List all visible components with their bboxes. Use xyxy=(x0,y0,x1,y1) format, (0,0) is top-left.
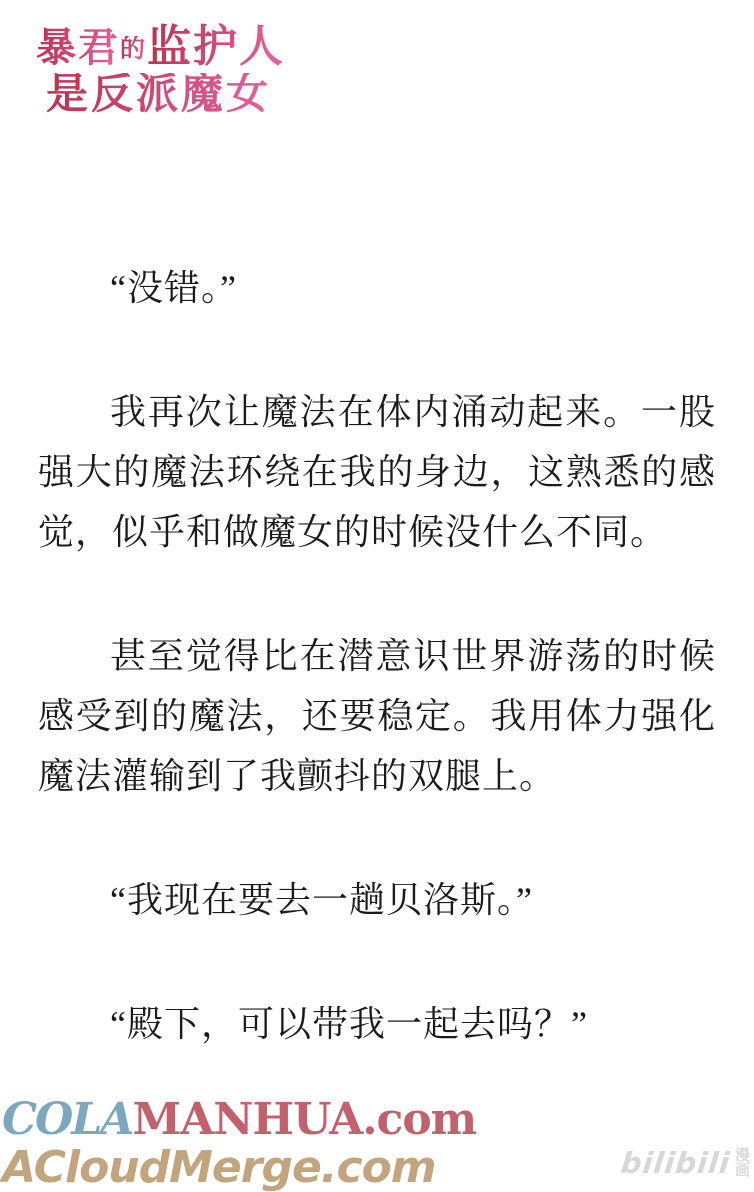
cola-wordmark-text: COLA xyxy=(2,1094,132,1145)
bilibili-manga-cn-label: 漫 画 xyxy=(735,1148,750,1178)
comic-text-page: 暴君的监护人 是反派魔女 “没错。” 我再次让魔法在体内涌动起来。一股强大的魔法… xyxy=(0,0,754,1192)
bilibili-wordmark-text: bilibili xyxy=(619,1146,732,1180)
story-text-block: “没错。” 我再次让魔法在体内涌动起来。一股强大的魔法环绕在我的身边，这熟悉的感… xyxy=(0,0,754,1118)
paragraph-dialogue-3: “殿下，可以带我一起去吗？” xyxy=(38,994,716,1054)
acloudmerge-wordmark-text: ACloudMerge.com xyxy=(2,1146,476,1190)
paragraph-narration-1: 我再次让魔法在体内涌动起来。一股强大的魔法环绕在我的身边，这熟悉的感觉，似乎和做… xyxy=(38,382,716,562)
bilibili-manga-cn-bottom: 画 xyxy=(735,1163,750,1178)
colamanhua-wordmark: COLAMANHUA.com xyxy=(2,1098,476,1142)
bilibili-manga-logo: bilibili 漫 画 xyxy=(621,1146,750,1180)
paragraph-narration-2: 甚至觉得比在潜意识世界游荡的时候感受到的魔法，还要稳定。我用体力强化魔法灌输到了… xyxy=(38,626,716,806)
paragraph-dialogue-2: “我现在要去一趟贝洛斯。” xyxy=(38,870,716,930)
watermark-colamanhua-acloudmerge: COLAMANHUA.com ACloudMerge.com xyxy=(2,1098,476,1190)
paragraph-dialogue-1: “没错。” xyxy=(38,258,716,318)
manhua-wordmark-text: MANHUA.com xyxy=(132,1094,476,1145)
